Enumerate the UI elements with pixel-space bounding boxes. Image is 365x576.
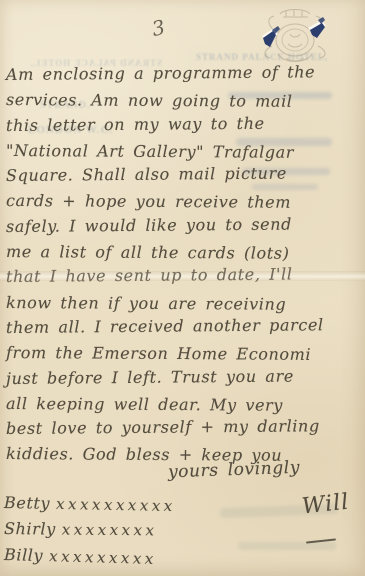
letter-line: that I have sent up to date, I'll (6, 261, 365, 289)
kiss-xs: xxxxxxxxx (49, 547, 157, 568)
letter-body: Am enclosing a programme of the services… (6, 62, 365, 467)
kiss-row: Billyxxxxxxxxx (4, 542, 176, 572)
kiss-row: Shirlyxxxxxxxx (4, 516, 176, 543)
kiss-name: Betty (4, 493, 50, 513)
signature: Will (301, 490, 351, 520)
letter-line: Am enclosing a programme of the (6, 59, 365, 87)
kiss-xs: xxxxxxxx (62, 521, 158, 540)
letter-line: just before I left. Trust you are (6, 362, 365, 390)
kiss-xs: xxxxxxxxxx (56, 495, 176, 515)
kiss-name: Billy (4, 545, 44, 565)
letter-line: them all. I received another parcel (6, 312, 365, 340)
ghost-smudge (238, 542, 336, 550)
letter-line: this letter on my way to the (6, 109, 365, 137)
letter-line: best love to yourself + my darling (6, 413, 365, 441)
kiss-row: Bettyxxxxxxxxxx (4, 490, 176, 519)
letter-line: safely. I would like you to send (6, 211, 365, 239)
kisses-list: Bettyxxxxxxxxxx Shirlyxxxxxxxx Billyxxxx… (4, 490, 176, 568)
letter-line: Square. Shall also mail picture (6, 160, 365, 188)
kiss-name: Shirly (4, 519, 56, 538)
